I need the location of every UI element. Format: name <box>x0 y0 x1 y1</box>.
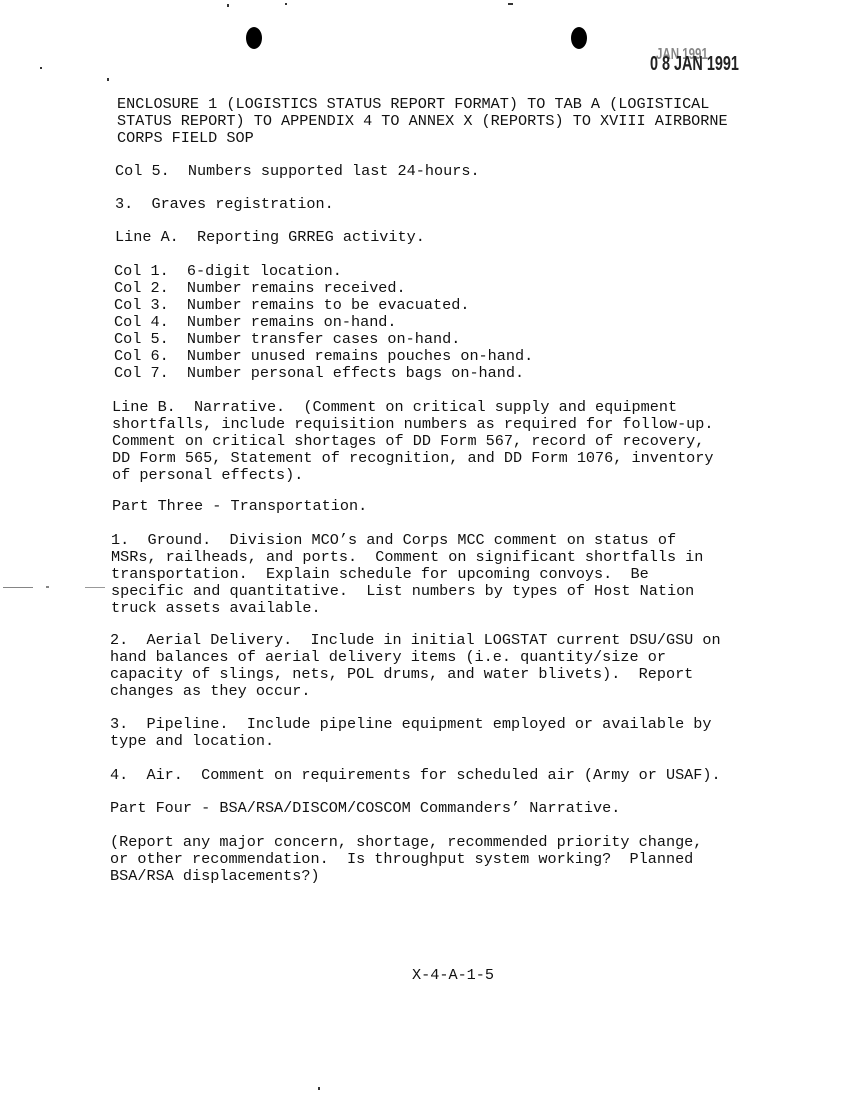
scan-speck <box>508 3 513 5</box>
scan-speck <box>3 587 33 588</box>
paragraph-line: BSA/RSA displacements?) <box>110 868 702 885</box>
paragraph-line: DD Form 565, Statement of recognition, a… <box>112 450 714 467</box>
line-b-narrative: Line B. Narrative. (Comment on critical … <box>112 399 714 484</box>
paragraph-line: changes as they occur. <box>110 683 721 700</box>
column-item: Col 3. Number remains to be evacuated. <box>114 297 533 314</box>
paragraph-line: MSRs, railheads, and ports. Comment on s… <box>111 549 703 566</box>
page-number: X-4-A-1-5 <box>412 966 494 984</box>
scan-speck <box>318 1087 320 1090</box>
document-title: ENCLOSURE 1 (LOGISTICS STATUS REPORT FOR… <box>117 96 728 147</box>
paragraph-line: (Report any major concern, shortage, rec… <box>110 834 702 851</box>
column-list: Col 1. 6-digit location.Col 2. Number re… <box>114 263 533 382</box>
date-stamp: 0 8 JAN 1991 <box>650 53 739 76</box>
punch-hole-right <box>571 27 587 49</box>
title-line: CORPS FIELD SOP <box>117 130 728 147</box>
column-item: Col 4. Number remains on-hand. <box>114 314 533 331</box>
col5-supported: Col 5. Numbers supported last 24-hours. <box>115 163 480 180</box>
paragraph-line: type and location. <box>110 733 712 750</box>
report-paragraph: (Report any major concern, shortage, rec… <box>110 834 702 885</box>
scan-speck <box>285 3 287 5</box>
scan-speck <box>85 587 105 588</box>
paragraph-line: 1. Ground. Division MCO’s and Corps MCC … <box>111 532 703 549</box>
scan-speck <box>107 78 109 81</box>
scan-speck <box>46 586 49 588</box>
paragraph-line: transportation. Explain schedule for upc… <box>111 566 703 583</box>
air-paragraph: 4. Air. Comment on requirements for sche… <box>110 767 721 784</box>
ground-paragraph: 1. Ground. Division MCO’s and Corps MCC … <box>111 532 703 617</box>
aerial-delivery-paragraph: 2. Aerial Delivery. Include in initial L… <box>110 632 721 700</box>
paragraph-line: of personal effects). <box>112 467 714 484</box>
document-page: JAN 1991 0 8 JAN 1991 ENCLOSURE 1 (LOGIS… <box>0 0 850 1101</box>
paragraph-line: Line B. Narrative. (Comment on critical … <box>112 399 714 416</box>
title-line: STATUS REPORT) TO APPENDIX 4 TO ANNEX X … <box>117 113 728 130</box>
column-item: Col 1. 6-digit location. <box>114 263 533 280</box>
column-item: Col 5. Number transfer cases on-hand. <box>114 331 533 348</box>
title-line: ENCLOSURE 1 (LOGISTICS STATUS REPORT FOR… <box>117 96 728 113</box>
line-a: Line A. Reporting GRREG activity. <box>115 229 425 246</box>
paragraph-line: Comment on critical shortages of DD Form… <box>112 433 714 450</box>
part-three-heading: Part Three - Transportation. <box>112 498 367 515</box>
graves-registration-heading: 3. Graves registration. <box>115 196 334 213</box>
paragraph-line: shortfalls, include requisition numbers … <box>112 416 714 433</box>
paragraph-line: capacity of slings, nets, POL drums, and… <box>110 666 721 683</box>
paragraph-line: hand balances of aerial delivery items (… <box>110 649 721 666</box>
scan-speck <box>227 4 229 7</box>
punch-hole-left <box>246 27 262 49</box>
paragraph-line: 2. Aerial Delivery. Include in initial L… <box>110 632 721 649</box>
column-item: Col 2. Number remains received. <box>114 280 533 297</box>
column-item: Col 7. Number personal effects bags on-h… <box>114 365 533 382</box>
paragraph-line: specific and quantitative. List numbers … <box>111 583 703 600</box>
scan-speck <box>40 67 42 69</box>
paragraph-line: 3. Pipeline. Include pipeline equipment … <box>110 716 712 733</box>
paragraph-line: truck assets available. <box>111 600 703 617</box>
paragraph-line: or other recommendation. Is throughput s… <box>110 851 702 868</box>
column-item: Col 6. Number unused remains pouches on-… <box>114 348 533 365</box>
pipeline-paragraph: 3. Pipeline. Include pipeline equipment … <box>110 716 712 750</box>
part-four-heading: Part Four - BSA/RSA/DISCOM/COSCOM Comman… <box>110 800 620 817</box>
